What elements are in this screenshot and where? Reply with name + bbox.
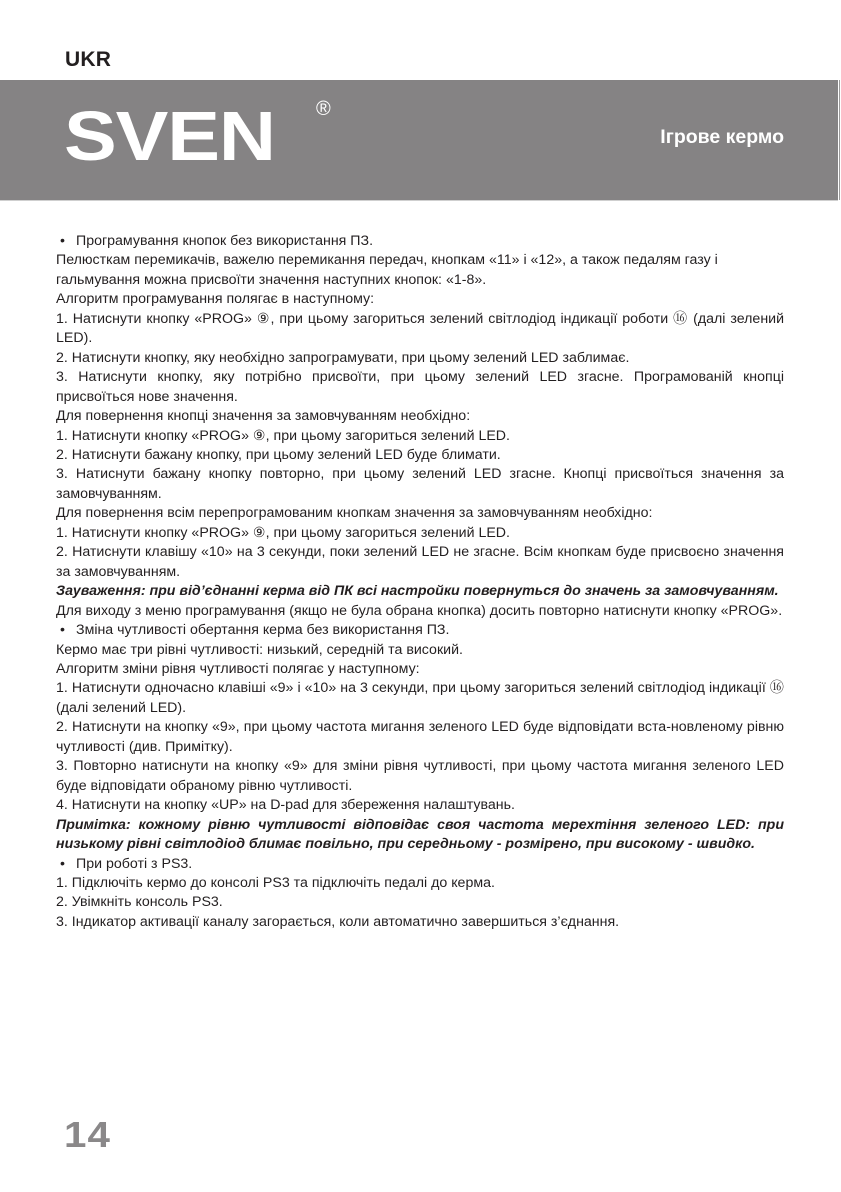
paragraph: 3. Індикатор активації каналу загораєтьс…: [56, 913, 784, 932]
page-number: 14: [64, 1114, 111, 1156]
paragraph: 1. Натиснути кнопку «PROG» ⑨, при цьому …: [56, 427, 784, 446]
manual-body: Програмування кнопок без використання ПЗ…: [56, 232, 784, 932]
paragraph: 2. Натиснути на кнопку «9», при цьому ча…: [56, 718, 784, 757]
page-title: Ігрове кермо: [660, 126, 784, 149]
paragraph: 2. Натиснути клавішу «10» на 3 секунди, …: [56, 543, 784, 582]
paragraph: 1. Натиснути кнопку «PROG» ⑨, при цьому …: [56, 310, 784, 349]
paragraph: 2. Увімкніть консоль PS3.: [56, 893, 784, 912]
section-heading: Зміна чутливості обертання керма без вик…: [56, 621, 784, 640]
paragraph: 3. Натиснути кнопку, яку потрібно присво…: [56, 368, 784, 407]
paragraph: Пелюсткам перемикачів, важелю перемиканн…: [56, 251, 784, 290]
section-heading: Програмування кнопок без використання ПЗ…: [56, 232, 784, 251]
paragraph: 2. Натиснути кнопку, яку необхідно запро…: [56, 349, 784, 368]
banner-edge-divider: [839, 80, 840, 200]
paragraph: 3. Повторно натиснути на кнопку «9» для …: [56, 757, 784, 796]
paragraph: 1. Натиснути одночасно клавіші «9» і «10…: [56, 679, 784, 718]
note-paragraph: Зауваження: при від’єднанні керма від ПК…: [56, 582, 784, 601]
paragraph: Для виходу з меню програмування (якщо не…: [56, 602, 784, 621]
note-paragraph: Примітка: кожному рівню чутливості відпо…: [56, 816, 784, 855]
paragraph: 2. Натиснути бажану кнопку, при цьому зе…: [56, 446, 784, 465]
paragraph: Для повернення всім перепрограмованим кн…: [56, 504, 784, 523]
language-label: UKR: [65, 48, 111, 72]
paragraph: Кермо має три рівні чутливості: низький,…: [56, 641, 784, 660]
brand-logo: SVEN: [64, 101, 275, 171]
paragraph: Для повернення кнопці значення за замовч…: [56, 407, 784, 426]
paragraph: 1. Підключіть кермо до консолі PS3 та пі…: [56, 874, 784, 893]
section-heading: При роботі з PS3.: [56, 855, 784, 874]
paragraph: 3. Натиснути бажану кнопку повторно, при…: [56, 465, 784, 504]
paragraph: Алгоритм зміни рівня чутливості полягає …: [56, 660, 784, 679]
paragraph: 1. Натиснути кнопку «PROG» ⑨, при цьому …: [56, 524, 784, 543]
registered-trademark-icon: ®: [316, 98, 331, 121]
paragraph: 4. Натиснути на кнопку «UP» на D-pad для…: [56, 796, 784, 815]
paragraph: Алгоритм програмування полягає в наступн…: [56, 290, 784, 309]
